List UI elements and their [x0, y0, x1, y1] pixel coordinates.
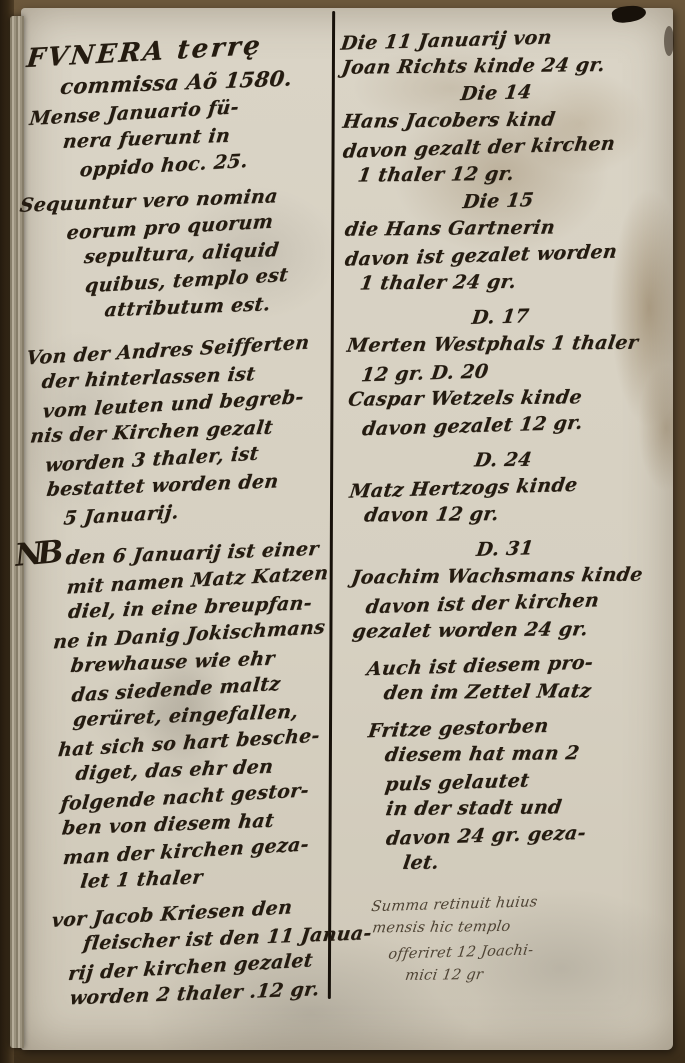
manuscript-line: gezalet worden 24 gr. [351, 615, 663, 645]
manuscript-line: let. [401, 847, 667, 877]
left-column: FVNERA terrę commissa Aõ 1580. Mense Jan… [12, 28, 348, 1014]
manuscript-line: davon 12 gr. [362, 499, 660, 529]
manuscript-line: den im Zettel Matz [382, 677, 664, 707]
manuscript-scan: NB FVNERA terrę commissa Aõ 1580. Mense … [0, 0, 685, 1063]
manuscript-line: 1 thaler 24 gr. [358, 267, 656, 297]
manuscript-summa-line: mici 12 gr [403, 961, 668, 988]
right-column: Die 11 Januarij von Joan Richts kinde 24… [341, 23, 667, 990]
edge-stain [664, 26, 674, 56]
